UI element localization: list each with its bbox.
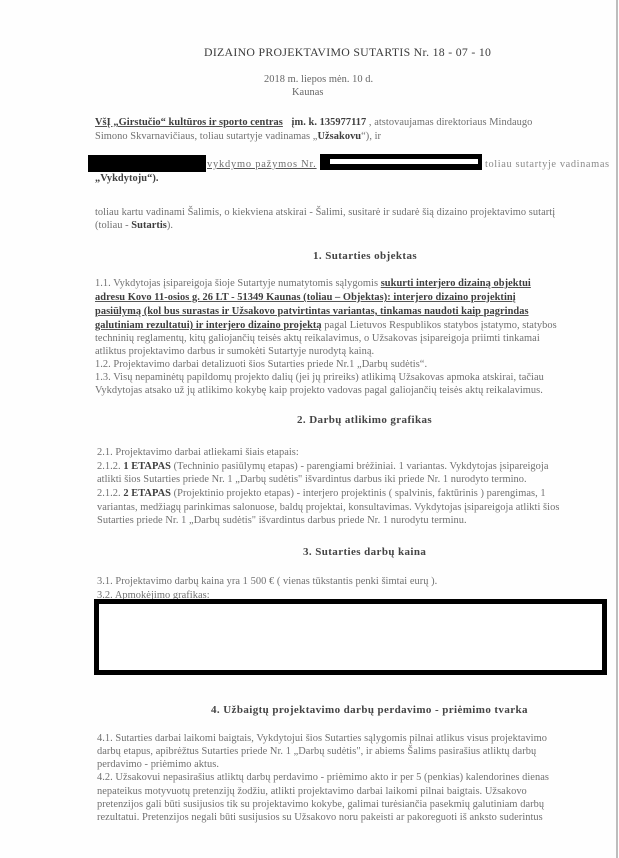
section-2-heading: 2. Darbų atlikimo grafikas — [297, 414, 432, 426]
clause-2-1-2-stage-2-line-1: 2.1.2. 2 ETAPAS (Projektinio projekto et… — [97, 487, 546, 500]
contract-date: 2018 m. liepos mėn. 10 d. — [264, 73, 373, 86]
client-name: VšĮ „Girstučio“ kultūros ir sporto centr… — [95, 117, 283, 128]
redaction-contractor-name — [88, 155, 206, 172]
client-line-1: VšĮ „Girstučio“ kultūros ir sporto centr… — [95, 116, 616, 129]
clause-2-1-2-stage-2-line-2: variantas, medžiagų parinkimas salonuose… — [97, 501, 559, 514]
clause-2-1: 2.1. Projektavimo darbai atliekami šiais… — [97, 446, 299, 459]
document-page: DIZAINO PROJEKTAVIMO SUTARTIS Nr. 18 - 0… — [0, 0, 618, 858]
section-3-heading: 3. Sutarties darbų kaina — [303, 546, 426, 558]
clause-1-1-line-3: pasiūlymą (kol bus surastas ir Užsakovo … — [95, 305, 529, 318]
clause-1-1-line-2: adresu Kovo 11-osios g. 26 LT - 51349 Ka… — [95, 291, 516, 304]
clause-4-2-line-2: nepateikus motyvuotų pretenzijų žodžiu, … — [97, 785, 527, 798]
clause-3-2-payment-schedule: 3.2. Apmokėjimo grafikas: — [97, 589, 210, 599]
section-1-heading: 1. Sutarties objektas — [313, 250, 417, 262]
clause-2-1-2-stage-2-line-3: Sutarties priede Nr. 1 „Darbų sudėtis" i… — [97, 514, 467, 527]
parties-together-line-2: (toliau - Sutartis). — [95, 219, 173, 232]
clause-4-1-line-2: darbų etapus, apibrėžtus Sutarties pried… — [97, 745, 536, 758]
clause-2-1-2-stage-1-line-1: 2.1.2. 1 ETAPAS (Techninio pasiūlymų eta… — [97, 460, 549, 473]
clause-4-2-line-1: 4.2. Užsakovui nepasirašius atliktų darb… — [97, 771, 549, 784]
clause-1-1-line-5: techninių reglamentų, kitų galiojančių t… — [95, 332, 540, 345]
contract-city: Kaunas — [292, 86, 323, 99]
clause-1-3-line-2: Vykdytojas atsako už jų atlikimo kokybę … — [95, 384, 543, 397]
clause-1-1-line-4: galutiniam rezultatui) ir interjero diza… — [95, 319, 557, 332]
redaction-payment-schedule — [94, 599, 607, 675]
clause-4-1-line-1: 4.1. Sutarties darbai laikomi baigtais, … — [97, 732, 547, 745]
client-line-2: Simono Skvarnavičiaus, toliau sutartyje … — [95, 130, 381, 143]
clause-4-2-line-3: pretenzijos gali būti susijusios tik su … — [97, 798, 544, 811]
client-company-code: įm. k. 135977117 — [292, 117, 367, 128]
clause-1-3-line-1: 1.3. Visų nepaminėtų papildomų projekto … — [95, 371, 544, 384]
contract-title: DIZAINO PROJEKTAVIMO SUTARTIS Nr. 18 - 0… — [204, 45, 491, 60]
parties-together-line-1: toliau kartu vadinami Šalimis, o kiekvie… — [95, 206, 555, 219]
clause-1-1-line-6: atliktus projektavimo darbus ir sumokėti… — [95, 345, 374, 358]
clause-2-1-2-stage-1-line-2: atlikti šios Sutarties priede Nr. 1 „Dar… — [97, 473, 527, 486]
clause-1-1-line-1: 1.1. Vykdytojas įsipareigoja šioje Sutar… — [95, 277, 531, 290]
clause-3-1-price: 3.1. Projektavimo darbų kaina yra 1 500 … — [97, 575, 437, 588]
contract-alias: Sutartis — [131, 220, 167, 231]
clause-4-2-line-4: rezultatui. Pretenzijos negali būti susi… — [97, 811, 543, 824]
clause-1-2: 1.2. Projektavimo darbai detalizuoti šio… — [95, 358, 427, 371]
client-representative: , atstovaujamas direktoriaus Mindaugo — [369, 117, 532, 128]
contractor-certificate-label: vykdymo pažymos Nr. — [207, 158, 317, 171]
client-alias: Užsakovu — [317, 131, 361, 142]
contractor-alias: „Vykdytoju“). — [95, 172, 159, 185]
clause-4-1-line-3: perdavimo - priėmimo aktus. — [97, 758, 219, 771]
contractor-line-1-rest: toliau sutartyje vadinamas — [485, 158, 610, 171]
section-4-heading: 4. Užbaigtų projektavimo darbų perdavimo… — [211, 704, 528, 716]
